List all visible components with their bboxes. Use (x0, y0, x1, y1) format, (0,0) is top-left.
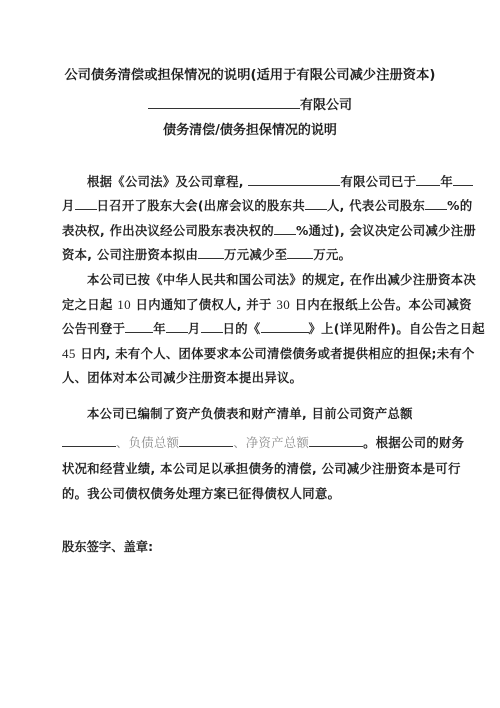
p2-line2: 定之日起 10 日内通知了债权人, 并于 30 日内在报纸上公告。本公司减资 (62, 295, 472, 313)
month-blank[interactable] (75, 198, 97, 210)
text: %通过), 会议决定公司减少注册 (296, 224, 476, 238)
text: 》上(详见附件)。自公告之日起 (309, 322, 485, 336)
p1-line1: 根据《公司法》及公司章程, 有限公司已于年 (87, 172, 473, 190)
text: 根据《公司法》及公司章程, (87, 175, 244, 189)
text: 日内通知了债权人, 并于 (136, 298, 272, 312)
p3-line3: 状况和经营业绩, 本公司足以承担债务的清偿, 公司减少注册资本是可行 (62, 459, 461, 477)
p2-line4: 45 日内, 未有个人、团体要求本公司清偿债务或者提供相应的担保;未有个 (62, 344, 475, 362)
text: 日的《 (223, 322, 261, 336)
p3-line4: 的。我公司债权债务处理方案已征得债权人同意。 (62, 484, 340, 502)
notice-day-blank[interactable] (201, 321, 223, 333)
month-blank-start[interactable] (453, 174, 473, 186)
document-subtitle: 债务清偿/债务担保情况的说明 (0, 119, 500, 138)
p3-line2: 、负债总额、净资产总额。根据公司的财务 (62, 433, 464, 451)
number: 45 (62, 346, 76, 361)
share-percent-blank[interactable] (425, 198, 447, 210)
text: 。根据公司的财务 (363, 436, 464, 450)
net-assets-blank[interactable] (309, 435, 363, 447)
text: 有限公司已于 (340, 175, 416, 189)
company-name-blank[interactable] (148, 96, 300, 109)
document-title: 公司债务清偿或担保情况的说明(适用于有限公司减少注册资本) (0, 64, 500, 83)
text: 人, 代表公司股东 (327, 199, 425, 213)
company-blank[interactable] (248, 174, 340, 186)
signature-label: 股东签字、盖章: (62, 537, 153, 555)
capital-from-blank[interactable] (198, 247, 224, 259)
text: 、净资产总额 (233, 436, 309, 450)
text: 年 (153, 322, 166, 336)
notice-month-blank[interactable] (166, 321, 188, 333)
text: 表决权, 作出决议经公司股东表决权的 (62, 224, 274, 238)
p1-line4: 资本, 公司注册资本拟由万元减少至万元。 (62, 245, 351, 263)
text: 日召开了股东大会(出席会议的股东共 (97, 199, 305, 213)
text: 日内, 未有个人、团体要求本公司清偿债务或者提供相应的担保;未有个 (80, 347, 474, 361)
text: %的 (447, 199, 472, 213)
year-blank[interactable] (416, 174, 440, 186)
p2-line1: 本公司已按《中华人民共和国公司法》的规定, 在作出减少注册资本决 (87, 270, 476, 288)
text: 、负债总额 (116, 436, 179, 450)
company-name-line: 有限公司 (148, 94, 352, 113)
text: 月 (62, 199, 75, 213)
notice-year-blank[interactable] (125, 321, 153, 333)
text: 资本, 公司注册资本拟由 (62, 248, 198, 262)
text: 日内在报纸上公告。本公司减资 (295, 298, 472, 312)
p3-line1: 本公司已编制了资产负债表和财产清单, 目前公司资产总额 (87, 404, 413, 422)
shareholder-count-blank[interactable] (305, 198, 327, 210)
capital-to-blank[interactable] (287, 247, 313, 259)
total-assets-blank[interactable] (62, 435, 116, 447)
p2-line5: 人、团体对本公司减少注册资本提出异议。 (62, 368, 302, 386)
text: 年 (440, 175, 453, 189)
number: 10 (117, 297, 131, 312)
p2-line3: 公告刊登于年月日的《》上(详见附件)。自公告之日起 (62, 319, 485, 337)
vote-percent-blank[interactable] (274, 223, 296, 235)
text: 万元减少至 (224, 248, 287, 262)
text: 万元。 (313, 248, 351, 262)
total-liabilities-blank[interactable] (179, 435, 233, 447)
company-suffix: 有限公司 (300, 98, 352, 113)
number: 30 (276, 297, 290, 312)
p1-line2: 月日召开了股东大会(出席会议的股东共人, 代表公司股东%的 (62, 196, 473, 214)
newspaper-name-blank[interactable] (261, 321, 309, 333)
text: 月 (188, 322, 201, 336)
p1-line3: 表决权, 作出决议经公司股东表决权的%通过), 会议决定公司减少注册 (62, 221, 476, 239)
text: 定之日起 (62, 298, 113, 312)
text: 公告刊登于 (62, 322, 125, 336)
